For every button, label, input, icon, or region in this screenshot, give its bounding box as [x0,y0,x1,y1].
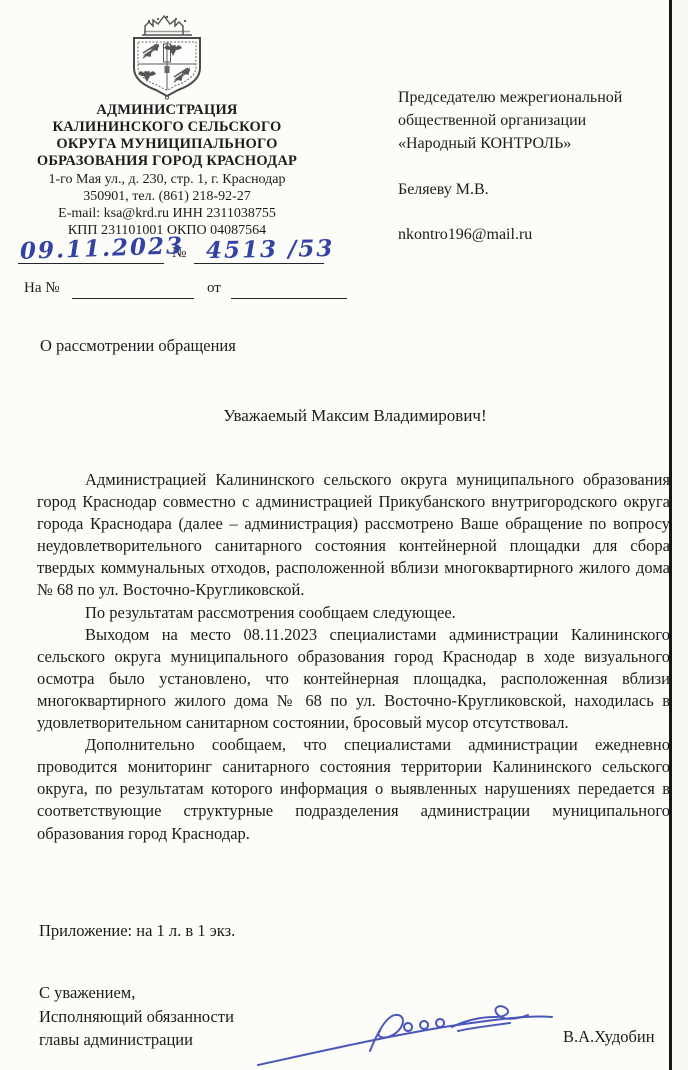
signature-scribble [252,995,572,1070]
date-number-row: 09.11.2023 № 4513 /53 [16,236,326,270]
org-address-line: E-mail: ksa@krd.ru ИНН 2311038755 [8,205,326,222]
recipient-email: nkontro196@mail.ru [398,223,670,246]
reference-row: На № от [24,276,344,300]
scanned-letter-page: АДМИНИСТРАЦИЯ КАЛИНИНСКОГО СЕЛЬСКОГО ОКР… [0,0,688,1070]
recipient-line: общественной организации [398,109,670,132]
scan-edge-line [669,0,672,1070]
body-paragraph: Выходом на место 08.11.2023 специалистам… [37,624,670,734]
recipient-line: Председателю межрегиональной [398,86,670,109]
org-name: АДМИНИСТРАЦИЯ КАЛИНИНСКОГО СЕЛЬСКОГО ОКР… [8,102,326,170]
org-name-line: ОКРУГА МУНИЦИПАЛЬНОГО [8,136,326,153]
reply-date-label: от [207,280,221,297]
reply-number-label: На № [24,280,60,297]
org-name-line: ОБРАЗОВАНИЯ ГОРОД КРАСНОДАР [8,153,326,170]
handwritten-date: 09.11.2023 [20,232,185,265]
body-paragraph: Дополнительно сообщаем, что специалистам… [37,734,670,844]
reply-date-underline [231,298,347,299]
org-address-line: 1-го Мая ул., д. 230, стр. 1, г. Краснод… [8,171,326,188]
org-name-line: КАЛИНИНСКОГО СЕЛЬСКОГО [8,119,326,136]
closing-line: главы администрации [39,1028,234,1052]
letterhead: АДМИНИСТРАЦИЯ КАЛИНИНСКОГО СЕЛЬСКОГО ОКР… [8,12,326,239]
body-paragraph: Администрацией Калининского сельского ок… [37,469,670,602]
attachment-note: Приложение: на 1 л. в 1 экз. [39,921,235,941]
handwritten-number: 4513 /53 [206,235,335,264]
reply-number-underline [72,298,194,299]
org-name-line: АДМИНИСТРАЦИЯ [8,102,326,119]
coat-of-arms-icon [112,12,222,100]
letter-body: Администрацией Калининского сельского ок… [37,469,670,845]
signer-name: В.А.Худобин [563,1027,655,1047]
recipient-person: Беляеву М.В. [398,178,670,201]
body-paragraph: По результатам рассмотрения сообщаем сле… [37,602,670,624]
recipient-line: «Народный КОНТРОЛЬ» [398,132,670,155]
salutation: Уважаемый Максим Владимирович! [38,406,672,426]
closing-line: Исполняющий обязанности [39,1005,234,1029]
scan-edge-margin [672,0,688,1070]
recipient-block: Председателю межрегиональной общественно… [398,86,670,246]
org-address: 1-го Мая ул., д. 230, стр. 1, г. Краснод… [8,171,326,239]
closing-line: С уважением, [39,981,234,1005]
closing-block: С уважением, Исполняющий обязанности гла… [39,981,234,1052]
org-address-line: 350901, тел. (861) 218-92-27 [8,188,326,205]
subject-line: О рассмотрении обращения [40,336,236,356]
